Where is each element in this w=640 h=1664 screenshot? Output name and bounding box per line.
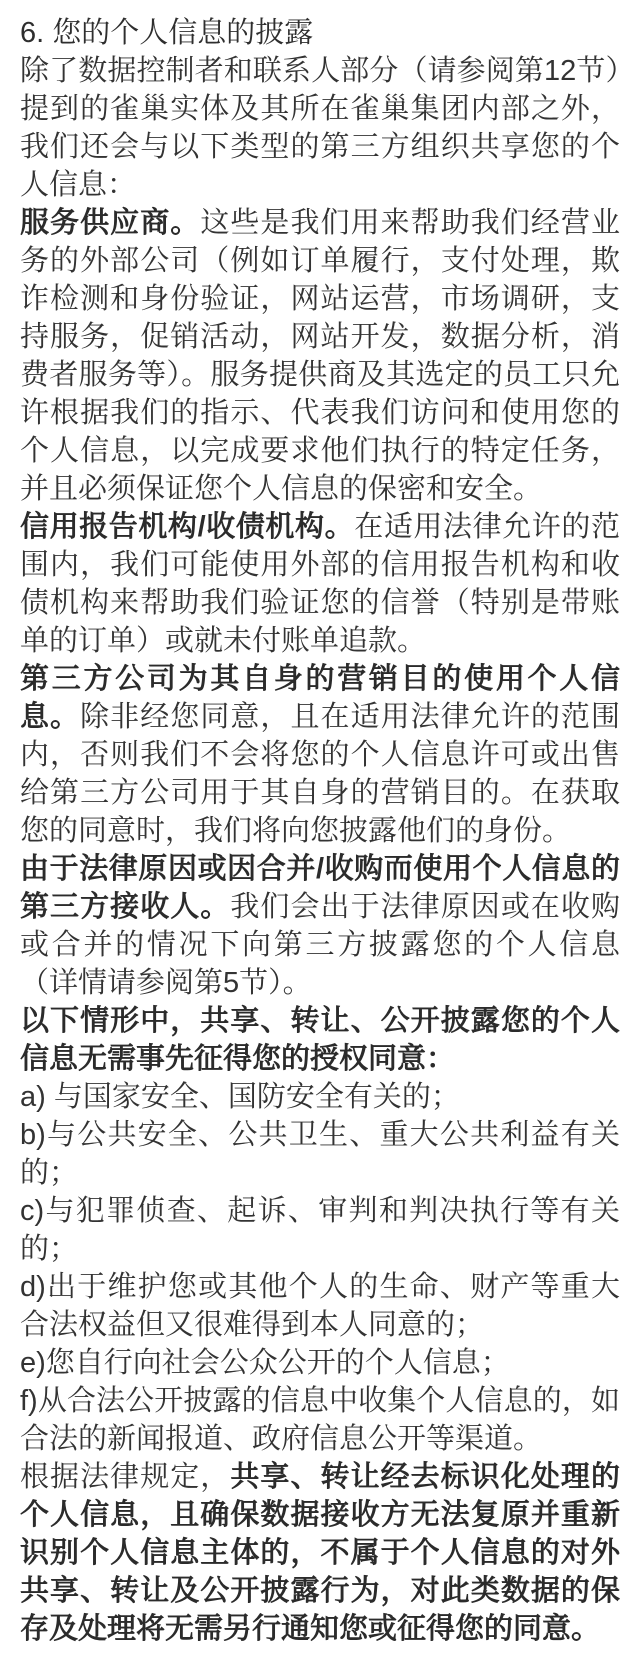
- third-party-marketing-text: 除非经您同意，且在适用法律允许的范围内，否则我们不会将您的个人信息许可或出售给第…: [20, 701, 620, 847]
- credit-agencies-paragraph: 信用报告机构/收债机构。在适用法律允许的范围内，我们可能使用外部的信用报告机构和…: [20, 508, 620, 660]
- deidentified-data-paragraph: 根据法律规定，共享、转让经去标识化处理的个人信息，且确保数据接收方无法复原并重新…: [20, 1458, 620, 1648]
- service-providers-term: 服务供应商。: [20, 207, 200, 239]
- exception-item-b: b)与公共安全、公共卫生、重大公共利益有关的；: [20, 1116, 620, 1192]
- exception-item-d: d)出于维护您或其他个人的生命、财产等重大合法权益但又很难得到本人同意的；: [20, 1268, 620, 1344]
- exception-item-a: a) 与国家安全、国防安全有关的；: [20, 1078, 620, 1116]
- service-providers-paragraph: 服务供应商。这些是我们用来帮助我们经营业务的外部公司（例如订单履行，支付处理，欺…: [20, 204, 620, 508]
- service-providers-text: 这些是我们用来帮助我们经营业务的外部公司（例如订单履行，支付处理，欺诈检测和身份…: [20, 207, 620, 505]
- deidentified-data-lead: 根据法律规定，: [20, 1461, 230, 1493]
- section-heading: 6. 您的个人信息的披露: [20, 14, 620, 52]
- exception-item-c: c)与犯罪侦查、起诉、审判和判决执行等有关的；: [20, 1192, 620, 1268]
- exceptions-intro-paragraph: 以下情形中，共享、转让、公开披露您的个人信息无需事先征得您的授权同意：: [20, 1002, 620, 1078]
- intro-paragraph: 除了数据控制者和联系人部分（请参阅第12节）提到的雀巢实体及其所在雀巢集团内部之…: [20, 52, 620, 204]
- third-party-marketing-paragraph: 第三方公司为其自身的营销目的使用个人信息。除非经您同意，且在适用法律允许的范围内…: [20, 660, 620, 850]
- exception-item-f: f)从合法公开披露的信息中收集个人信息的，如合法的新闻报道、政府信息公开等渠道。: [20, 1382, 620, 1458]
- legal-merger-paragraph: 由于法律原因或因合并/收购而使用个人信息的第三方接收人。我们会出于法律原因或在收…: [20, 850, 620, 1002]
- privacy-policy-section: 6. 您的个人信息的披露 除了数据控制者和联系人部分（请参阅第12节）提到的雀巢…: [0, 0, 640, 1664]
- exception-item-e: e)您自行向社会公众公开的个人信息；: [20, 1344, 620, 1382]
- credit-agencies-term: 信用报告机构/收债机构。: [20, 511, 354, 543]
